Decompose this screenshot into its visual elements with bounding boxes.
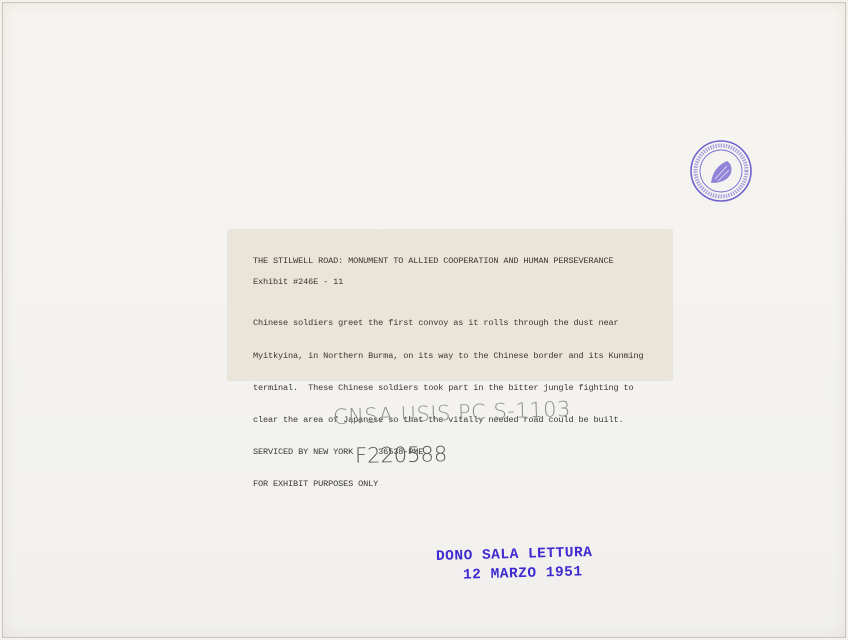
donation-stamp-line-1: DONO SALA LETTURA — [436, 545, 593, 565]
caption-title: THE STILWELL ROAD: MONUMENT TO ALLIED CO… — [253, 256, 614, 267]
donation-stamp-date: 12 MARZO 1951 — [463, 564, 583, 583]
serviced-by-line: SERVICED BY NEW YORK 36538-PME — [253, 447, 644, 458]
caption-line: Myitkyina, in Northern Burma, on its way… — [253, 351, 644, 362]
library-seal-stamp-icon — [689, 139, 753, 203]
caption-line: Chinese soldiers greet the first convoy … — [253, 318, 644, 329]
photo-verso-sheet: THE STILWELL ROAD: MONUMENT TO ALLIED CO… — [2, 2, 846, 638]
pencil-inventory-number: F220588 — [355, 442, 448, 468]
caption-line: terminal. These Chinese soldiers took pa… — [253, 383, 644, 394]
exhibit-number: Exhibit #246E - 11 — [253, 277, 343, 288]
typed-caption-slip: THE STILWELL ROAD: MONUMENT TO ALLIED CO… — [228, 230, 672, 380]
exhibit-purposes-line: FOR EXHIBIT PURPOSES ONLY — [253, 479, 644, 490]
